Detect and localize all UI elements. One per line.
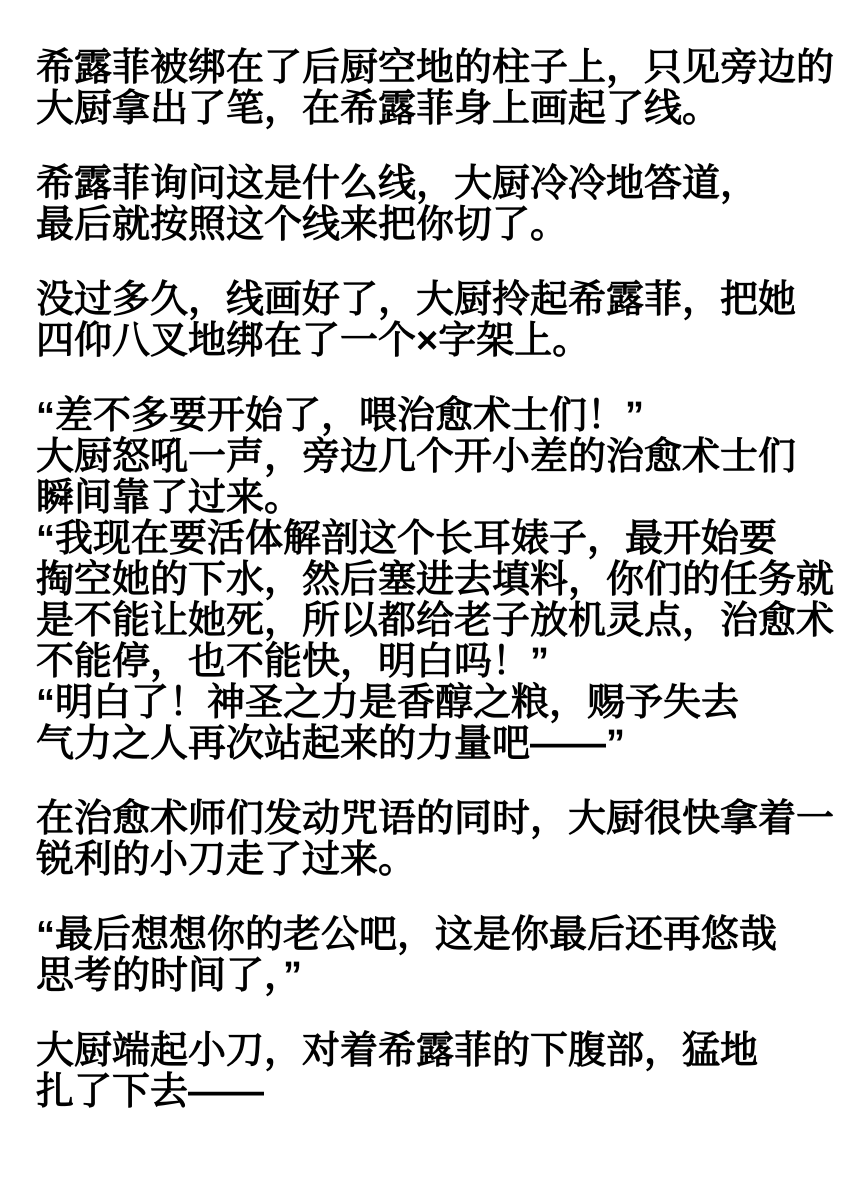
text-line: “最后想想你的老公吧，这是你最后还再悠哉: [36, 915, 845, 956]
paragraph-5: 在治愈术师们发动咒语的同时，大厨很快拿着一 锐利的小刀走了过来。: [36, 799, 845, 881]
text-line: 四仰八叉地绑在了一个×字架上。: [36, 321, 845, 362]
paragraph-2: 希露菲询问这是什么线，大厨冷冷地答道， 最后就按照这个线来把你切了。: [36, 164, 845, 246]
text-line: 大厨拿出了笔，在希露菲身上画起了线。: [36, 89, 845, 130]
text-line: 没过多久，线画好了，大厨拎起希露菲，把她: [36, 280, 845, 321]
text-line: 在治愈术师们发动咒语的同时，大厨很快拿着一: [36, 799, 845, 840]
text-line: “差不多要开始了，喂治愈术士们！”: [36, 396, 845, 437]
paragraph-1: 希露菲被绑在了后厨空地的柱子上，只见旁边的 大厨拿出了笔，在希露菲身上画起了线。: [36, 48, 845, 130]
text-line: 不能停，也不能快，明白吗！”: [36, 642, 845, 683]
paragraph-3: 没过多久，线画好了，大厨拎起希露菲，把她 四仰八叉地绑在了一个×字架上。: [36, 280, 845, 362]
text-line: 希露菲询问这是什么线，大厨冷冷地答道，: [36, 164, 845, 205]
text-line: “明白了！神圣之力是香醇之粮，赐予失去: [36, 683, 845, 724]
paragraph-7: 大厨端起小刀，对着希露菲的下腹部，猛地 扎了下去——: [36, 1031, 845, 1113]
text-line: 思考的时间了，”: [36, 956, 845, 997]
text-line: 气力之人再次站起来的力量吧——”: [36, 724, 845, 765]
text-line: 希露菲被绑在了后厨空地的柱子上，只见旁边的: [36, 48, 845, 89]
novel-text-page: 希露菲被绑在了后厨空地的柱子上，只见旁边的 大厨拿出了笔，在希露菲身上画起了线。…: [0, 0, 849, 1200]
paragraph-6: “最后想想你的老公吧，这是你最后还再悠哉 思考的时间了，”: [36, 915, 845, 997]
text-line: 掏空她的下水，然后塞进去填料，你们的任务就: [36, 560, 845, 601]
text-line: 最后就按照这个线来把你切了。: [36, 205, 845, 246]
text-line: 大厨怒吼一声，旁边几个开小差的治愈术士们: [36, 437, 845, 478]
text-line: 大厨端起小刀，对着希露菲的下腹部，猛地: [36, 1031, 845, 1072]
text-line: 扎了下去——: [36, 1072, 845, 1113]
text-line: 瞬间靠了过来。: [36, 478, 845, 519]
text-line: “我现在要活体解剖这个长耳婊子，最开始要: [36, 519, 845, 560]
paragraph-4: “差不多要开始了，喂治愈术士们！” 大厨怒吼一声，旁边几个开小差的治愈术士们 瞬…: [36, 396, 845, 765]
text-line: 是不能让她死，所以都给老子放机灵点，治愈术: [36, 601, 845, 642]
text-line: 锐利的小刀走了过来。: [36, 840, 845, 881]
